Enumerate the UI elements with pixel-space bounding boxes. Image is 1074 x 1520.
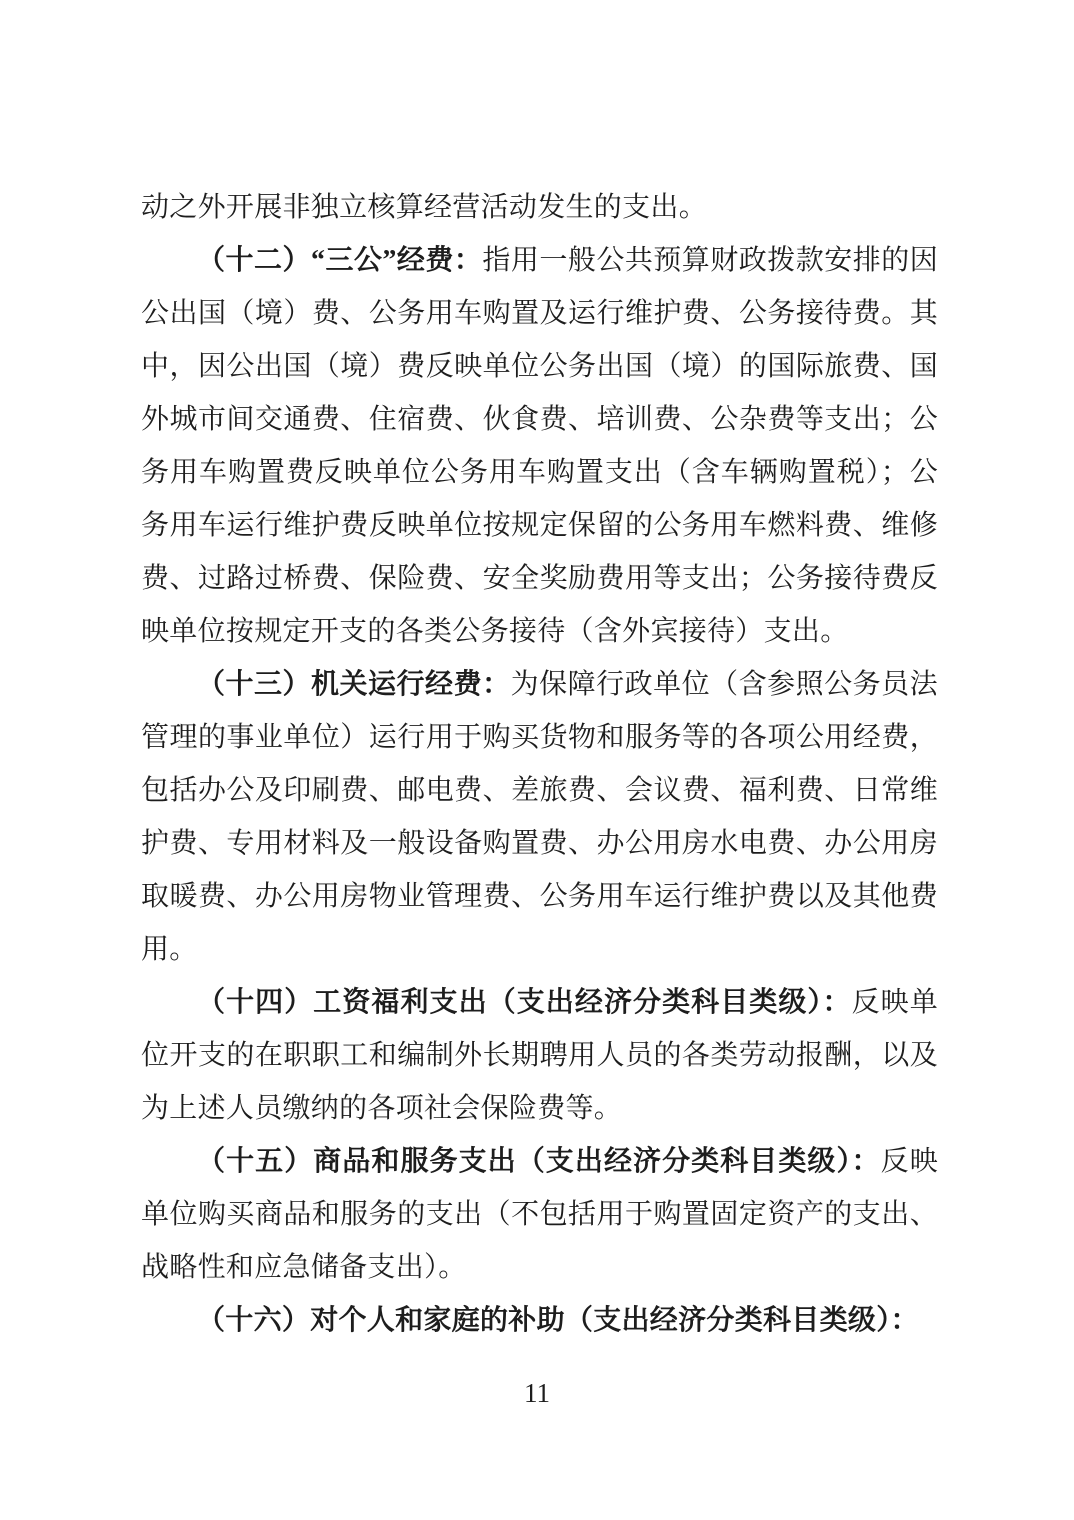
paragraph: 动之外开展非独立核算经营活动发生的支出。 xyxy=(141,181,938,234)
paragraph: （十六）对个人和家庭的补助（支出经济分类科目类级）： xyxy=(141,1294,938,1347)
paragraph-text: 为保障行政单位（含参照公务员法管理的事业单位）运行用于购买货物和服务等的各项公用… xyxy=(141,669,938,965)
paragraph-text: 指用一般公共预算财政拨款安排的因公出国（境）费、公务用车购置及运行维护费、公务接… xyxy=(141,245,938,647)
term-heading: （十五）商品和服务支出（支出经济分类科目类级）： xyxy=(197,1146,881,1177)
term-heading: （十六）对个人和家庭的补助（支出经济分类科目类级）： xyxy=(197,1305,919,1336)
term-heading: （十二）“三公”经费： xyxy=(197,245,482,276)
paragraph: （十二）“三公”经费：指用一般公共预算财政拨款安排的因公出国（境）费、公务用车购… xyxy=(141,234,938,658)
paragraph-text: 动之外开展非独立核算经营活动发生的支出。 xyxy=(141,192,707,223)
document-page: 动之外开展非独立核算经营活动发生的支出。 （十二）“三公”经费：指用一般公共预算… xyxy=(0,0,1074,1520)
term-heading: （十三）机关运行经费： xyxy=(197,669,511,700)
document-body: 动之外开展非独立核算经营活动发生的支出。 （十二）“三公”经费：指用一般公共预算… xyxy=(141,181,938,1347)
term-heading: （十四）工资福利支出（支出经济分类科目类级）： xyxy=(197,987,852,1018)
page-number: 11 xyxy=(0,1378,1074,1409)
paragraph: （十四）工资福利支出（支出经济分类科目类级）：反映单位开支的在职职工和编制外长期… xyxy=(141,976,938,1135)
paragraph: （十三）机关运行经费：为保障行政单位（含参照公务员法管理的事业单位）运行用于购买… xyxy=(141,658,938,976)
paragraph: （十五）商品和服务支出（支出经济分类科目类级）：反映单位购买商品和服务的支出（不… xyxy=(141,1135,938,1294)
